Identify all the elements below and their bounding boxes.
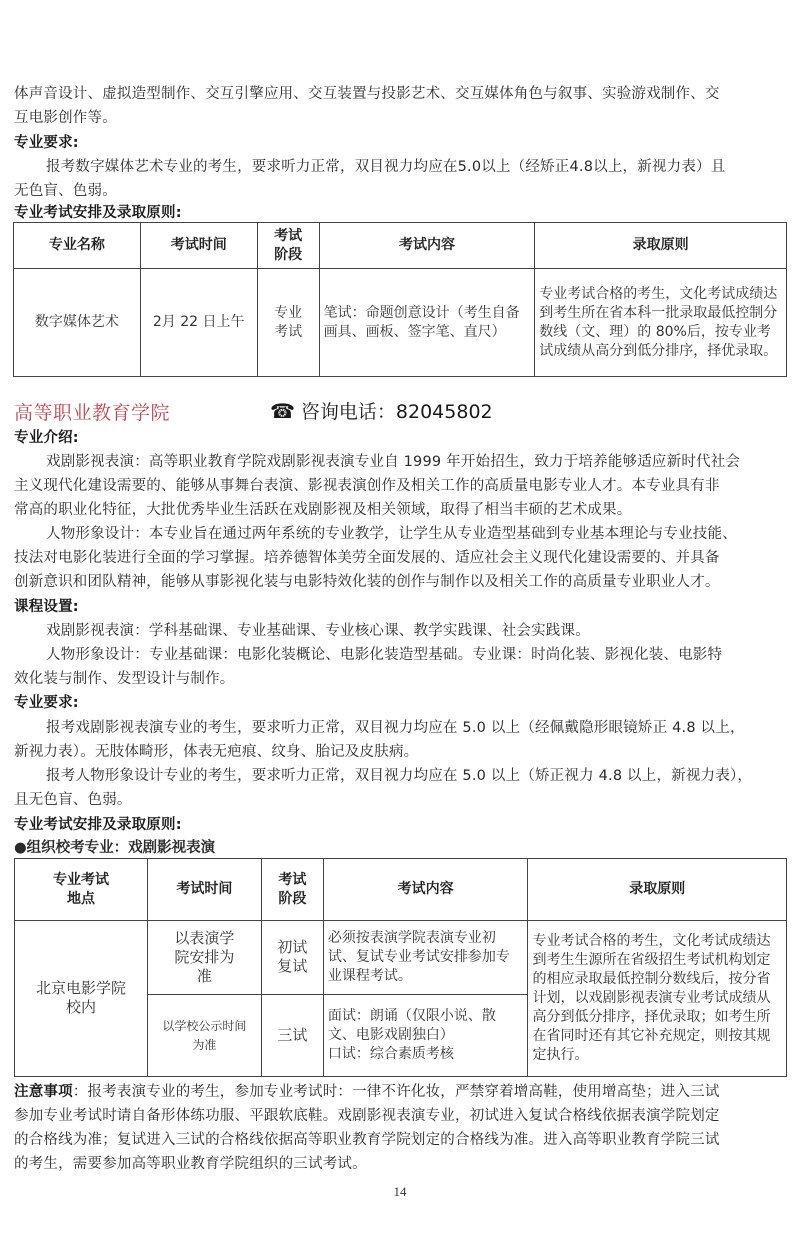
- header-major: 专业名称: [14, 223, 141, 269]
- requirements-text: 报考人物形象设计专业的考生，要求听力正常，双目视力均应在 5.0 以上（矫正视力…: [14, 766, 789, 786]
- intro-label: 专业介绍:: [14, 428, 789, 448]
- intro-text: 主义现代化建设需要的、能够从事舞台表演、影视表演创作及相关工作的高质量电影专业人…: [14, 476, 789, 496]
- dma-requirements-text: 无色盲、色弱。: [14, 181, 789, 201]
- content-oral: 口试：综合素质考核: [328, 1045, 524, 1064]
- table-header-row: 专业名称 考试时间 考试阶段 考试内容 录取原则: [14, 223, 787, 269]
- header-content: 考试内容: [323, 859, 528, 921]
- requirements-label: 专业要求:: [14, 693, 789, 713]
- intro-text: 创新意识和团队精神，能够从事影视化装与电影特效化装的创作与制作以及相关工作的高质…: [14, 572, 789, 592]
- header-time: 考试时间: [147, 859, 261, 921]
- header-stage: 考试阶段: [257, 223, 319, 269]
- courses-text: 效化装与制作、发型设计与制作。: [14, 669, 789, 689]
- header-location: 专业考试地点: [15, 859, 148, 921]
- dma-exam-label: 专业考试安排及录取原则:: [14, 203, 789, 223]
- courses-text: 人物形象设计：专业基础课：电影化装概论、电影化装造型基础。专业课：时尚化装、影视…: [14, 645, 789, 665]
- intro-text: 人物形象设计：本专业旨在通过两年系统的专业教学，让学生从专业造型基础到专业基本理…: [14, 524, 789, 544]
- intro-continuation-line: 互电影创作等。: [14, 108, 789, 128]
- requirements-text: 且无色盲、色弱。: [14, 790, 789, 810]
- cell-time: 以学校公示时间为准: [147, 995, 261, 1077]
- courses-text: 戏剧影视表演：学科基础课、专业基础课、专业核心课、教学实践课、社会实践课。: [14, 621, 789, 641]
- cell-major: 数字媒体艺术: [14, 269, 141, 377]
- notes-line: 的考生，需要参加高等职业教育学院组织的三试考试。: [14, 1154, 789, 1174]
- page-number: 14: [0, 1184, 800, 1200]
- table-header-row: 专业考试地点 考试时间 考试阶段 考试内容 录取原则: [15, 859, 787, 921]
- requirements-text: 新视力表）。无肢体畸形，体表无疤痕、纹身、胎记及皮肤病。: [14, 742, 789, 762]
- cell-stage: 初试复试: [261, 921, 323, 995]
- header-stage: 考试阶段: [261, 859, 323, 921]
- dma-requirements-text: 报考数字媒体艺术专业的考生，要求听力正常，双目视力均应在5.0以上（经矫正4.8…: [14, 157, 789, 177]
- courses-label: 课程设置:: [14, 597, 789, 617]
- dma-requirements-label: 专业要求:: [14, 133, 789, 153]
- cell-principle: 专业考试合格的考生，文化考试成绩达到考生所在省本科一批录取最低控制分数线（文、理…: [535, 269, 787, 377]
- college-heading: 高等职业教育学院: [14, 398, 170, 425]
- exam-bullet: ●组织校考专业：戏剧影视表演: [14, 836, 215, 857]
- cell-time: 以表演学院安排为准: [147, 921, 261, 995]
- cell-stage: 专业考试: [257, 269, 319, 377]
- cell-content: 笔试：命题创意设计（考生自备画具、画板、签字笔、直尺）: [319, 269, 535, 377]
- cell-stage: 三试: [261, 995, 323, 1077]
- intro-text: 技法对电影化装进行全面的学习掌握。培养德智体美劳全面发展的、适应社会主义现代化建…: [14, 548, 789, 568]
- cell-time: 2月 22 日上午: [140, 269, 257, 377]
- table-row: 数字媒体艺术 2月 22 日上午 专业考试 笔试：命题创意设计（考生自备画具、画…: [14, 269, 787, 377]
- intro-text: 戏剧影视表演：高等职业教育学院戏剧影视表演专业自 1999 年开始招生，致力于培…: [14, 452, 789, 472]
- telephone-icon: ☎: [270, 399, 295, 423]
- content-interview: 面试：朗诵（仅限小说、散文、电影戏剧独白）: [328, 1007, 524, 1045]
- header-principle: 录取原则: [528, 859, 787, 921]
- cell-principle: 专业考试合格的考生，文化考试成绩达到考生生源所在省级招生考试机构划定的相应录取最…: [528, 921, 787, 1077]
- dma-exam-table: 专业名称 考试时间 考试阶段 考试内容 录取原则 数字媒体艺术 2月 22 日上…: [13, 222, 787, 377]
- exam-label: 专业考试安排及录取原则:: [14, 815, 789, 835]
- notes-line: 注意事项：报考表演专业的考生，参加专业考试时：一律不许化妆，严禁穿着增高鞋，使用…: [14, 1082, 789, 1102]
- header-principle: 录取原则: [535, 223, 787, 269]
- header-content: 考试内容: [319, 223, 535, 269]
- notes-line: 的合格线为准；复试进入三试的合格线依据高等职业教育学院划定的合格线为准。进入高等…: [14, 1130, 789, 1150]
- phone-number: 咨询电话：82045802: [301, 401, 493, 423]
- notes-line: 参加专业考试时请自备形体练功服、平跟软底鞋。戏剧影视表演专业，初试进入复试合格线…: [14, 1106, 789, 1126]
- header-time: 考试时间: [140, 223, 257, 269]
- document-page: 体声音设计、虚拟造型制作、交互引擎应用、交互装置与投影艺术、交互媒体角色与叙事、…: [0, 0, 800, 1239]
- cell-content: 面试：朗诵（仅限小说、散文、电影戏剧独白） 口试：综合素质考核: [323, 995, 528, 1077]
- exam-table: 专业考试地点 考试时间 考试阶段 考试内容 录取原则 北京电影学院校内 以表演学…: [14, 858, 787, 1077]
- table-row: 北京电影学院校内 以表演学院安排为准 初试复试 必须按表演学院表演专业初试、复试…: [15, 921, 787, 995]
- cell-content: 必须按表演学院表演专业初试、复试专业考试安排参加专业课程考试。: [323, 921, 528, 995]
- notes-label: 注意事项: [14, 1084, 73, 1100]
- intro-continuation-line: 体声音设计、虚拟造型制作、交互引擎应用、交互装置与投影艺术、交互媒体角色与叙事、…: [14, 84, 789, 104]
- notes-text: ：报考表演专业的考生，参加专业考试时：一律不许化妆，严禁穿着增高鞋，使用增高垫；…: [73, 1084, 720, 1100]
- phone-line: ☎咨询电话：82045802: [270, 397, 493, 424]
- intro-text: 常高的职业化特征，大批优秀毕业生活跃在戏剧影视及相关领域，取得了相当丰硕的艺术成…: [14, 500, 789, 520]
- requirements-text: 报考戏剧影视表演专业的考生，要求听力正常，双目视力均应在 5.0 以上（经佩戴隐…: [14, 718, 789, 738]
- cell-location: 北京电影学院校内: [15, 921, 148, 1077]
